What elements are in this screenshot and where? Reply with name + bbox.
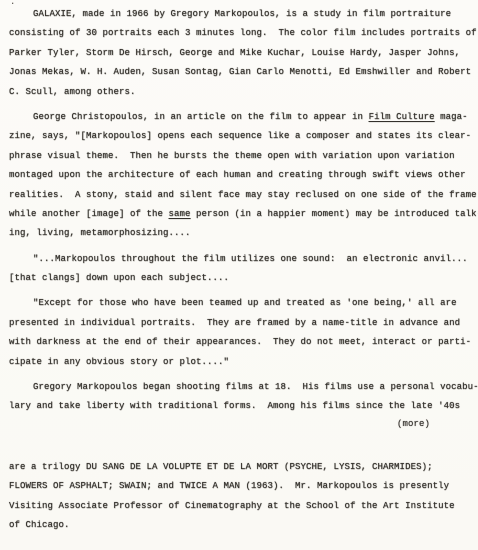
press-release-page: . GALAXIE, made in 1966 by Gregory Marko… bbox=[0, 0, 478, 550]
text-segment: zine, says, "[Markopoulos] opens each se… bbox=[9, 131, 471, 141]
text-segment: person (in a happier moment) may be intr… bbox=[191, 209, 478, 219]
text-line: George Christopoulos, in an article on t… bbox=[9, 108, 472, 127]
text-line: zine, says, "[Markopoulos] opens each se… bbox=[9, 127, 472, 146]
underlined-text: same bbox=[169, 209, 191, 219]
text-segment: consisting of 30 portraits each 3 minute… bbox=[9, 28, 477, 38]
text-segment: GALAXIE, made in 1966 by Gregory Markopo… bbox=[33, 9, 451, 19]
text-line: "...Markopoulos throughout the film util… bbox=[9, 250, 472, 269]
text-line: of Chicago. bbox=[9, 516, 472, 535]
text-segment: ing, living, metamorphosizing.... bbox=[9, 228, 191, 238]
document-body: GALAXIE, made in 1966 by Gregory Markopo… bbox=[0, 0, 478, 535]
text-segment: while another [image] of the bbox=[9, 209, 169, 219]
text-line: Gregory Markopoulos began shooting films… bbox=[9, 378, 472, 397]
text-segment: presented in individual portraits. They … bbox=[9, 318, 460, 328]
text-segment: "...Markopoulos throughout the film util… bbox=[33, 254, 468, 264]
text-line: Parker Tyler, Storm De Hirsch, George an… bbox=[9, 44, 472, 63]
underlined-text: Film Culture bbox=[369, 112, 435, 122]
text-segment: Jonas Mekas, W. H. Auden, Susan Sontag, … bbox=[9, 67, 471, 77]
text-line: with darkness at the end of their appear… bbox=[9, 333, 472, 352]
paragraph: "Except for those who have been teamed u… bbox=[9, 294, 472, 372]
paragraph: "...Markopoulos throughout the film util… bbox=[9, 250, 472, 289]
text-segment: with darkness at the end of their appear… bbox=[9, 337, 471, 347]
text-line: FLOWERS OF ASPHALT; SWAIN; and TWICE A M… bbox=[9, 477, 472, 496]
text-segment: "Except for those who have been teamed u… bbox=[33, 298, 457, 308]
text-line: Jonas Mekas, W. H. Auden, Susan Sontag, … bbox=[9, 63, 472, 82]
text-line: "Except for those who have been teamed u… bbox=[9, 294, 472, 313]
text-segment: montaged upon the architecture of each h… bbox=[9, 170, 466, 180]
text-line: [that clangs] down upon each subject.... bbox=[9, 269, 472, 288]
text-line: ing, living, metamorphosizing.... bbox=[9, 224, 472, 243]
continuation-marker: (more) bbox=[9, 417, 472, 431]
text-segment: George Christopoulos, in an article on t… bbox=[33, 112, 369, 122]
text-line: cipate in any obvious story or plot...." bbox=[9, 353, 472, 372]
text-segment: FLOWERS OF ASPHALT; SWAIN; and TWICE A M… bbox=[9, 481, 449, 491]
text-segment: cipate in any obvious story or plot...." bbox=[9, 357, 229, 367]
text-line: GALAXIE, made in 1966 by Gregory Markopo… bbox=[9, 5, 472, 24]
paragraph: are a trilogy DU SANG DE LA VOLUPTE ET D… bbox=[9, 458, 472, 536]
text-line: while another [image] of the same person… bbox=[9, 205, 472, 224]
text-segment: [that clangs] down upon each subject.... bbox=[9, 273, 229, 283]
scan-artifact: . bbox=[10, 0, 16, 7]
text-line: Visiting Associate Professor of Cinemato… bbox=[9, 497, 472, 516]
text-segment: Gregory Markopoulos began shooting films… bbox=[33, 382, 478, 392]
paragraph: George Christopoulos, in an article on t… bbox=[9, 108, 472, 244]
text-segment: phrase visual theme. Then he bursts the … bbox=[9, 151, 455, 161]
text-line: lary and take liberty with traditional f… bbox=[9, 397, 472, 416]
text-line: phrase visual theme. Then he bursts the … bbox=[9, 147, 472, 166]
text-line: consisting of 30 portraits each 3 minute… bbox=[9, 24, 472, 43]
text-segment: realities. A stony, staid and silent fac… bbox=[9, 190, 477, 200]
text-segment: C. Scull, among others. bbox=[9, 87, 136, 97]
text-line: realities. A stony, staid and silent fac… bbox=[9, 186, 472, 205]
text-segment: lary and take liberty with traditional f… bbox=[9, 401, 460, 411]
text-line: are a trilogy DU SANG DE LA VOLUPTE ET D… bbox=[9, 458, 472, 477]
text-line: montaged upon the architecture of each h… bbox=[9, 166, 472, 185]
text-segment: Parker Tyler, Storm De Hirsch, George an… bbox=[9, 48, 460, 58]
text-segment: are a trilogy DU SANG DE LA VOLUPTE ET D… bbox=[9, 462, 433, 472]
text-line: C. Scull, among others. bbox=[9, 83, 472, 102]
paragraph: GALAXIE, made in 1966 by Gregory Markopo… bbox=[9, 5, 472, 102]
text-segment: Visiting Associate Professor of Cinemato… bbox=[9, 501, 455, 511]
text-segment: maga- bbox=[435, 112, 468, 122]
page-2-text: are a trilogy DU SANG DE LA VOLUPTE ET D… bbox=[9, 458, 472, 536]
page-1-text: GALAXIE, made in 1966 by Gregory Markopo… bbox=[9, 5, 472, 431]
paragraph: Gregory Markopoulos began shooting films… bbox=[9, 378, 472, 417]
text-line: presented in individual portraits. They … bbox=[9, 314, 472, 333]
text-segment: of Chicago. bbox=[9, 520, 70, 530]
